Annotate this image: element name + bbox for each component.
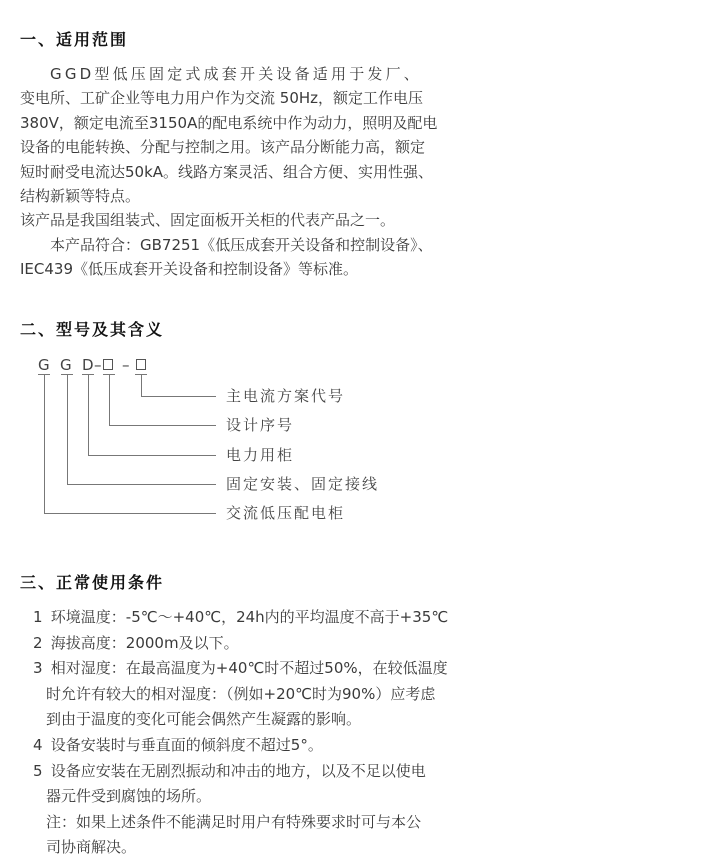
scope-line: 变电所、工矿企业等电力用户作为交流 50Hz，额定工作电压 xyxy=(20,86,460,110)
diagram-label-ac-lv-cabinet: 交流低压配电柜 xyxy=(226,504,345,522)
scope-line: 380V，额定电流至3150A的配电系统中作为动力，照明及配电 xyxy=(20,111,460,135)
section-heading-conditions: 三、正常使用条件 xyxy=(20,574,164,592)
model-char-d: D xyxy=(82,356,94,374)
diagram-label-fixed-install: 固定安装、固定接线 xyxy=(226,475,379,493)
diagram-connector xyxy=(44,513,216,514)
diagram-connector xyxy=(141,374,142,397)
scope-line: 短时耐受电流达50kA。线路方案灵活、组合方便、实用性强、 xyxy=(20,160,460,184)
diagram-label-power-cabinet: 电力用柜 xyxy=(226,446,294,464)
model-char-g2: G xyxy=(60,356,72,374)
model-dash-2: – xyxy=(122,356,130,374)
model-placeholder-box-2 xyxy=(136,359,146,370)
condition-item-3-cont: 到由于温度的变化可能会偶然产生凝露的影响。 xyxy=(33,707,473,733)
diagram-connector xyxy=(109,374,110,426)
diagram-label-design-serial: 设计序号 xyxy=(226,416,294,434)
diagram-connector xyxy=(67,484,216,485)
diagram-connector xyxy=(67,374,68,485)
conditions-note-cont: 司协商解决。 xyxy=(33,835,473,858)
condition-item-5-cont: 器元件受到腐蚀的场所。 xyxy=(33,784,473,810)
scope-line: 结构新颖等特点。 xyxy=(20,184,460,208)
conditions-list: 1 环境温度：-5℃～+40℃，24h内的平均温度不高于+35℃ 2 海拔高度：… xyxy=(33,605,473,858)
diagram-connector xyxy=(141,396,216,397)
diagram-connector xyxy=(44,374,45,514)
condition-item-5: 5 设备应安装在无剧烈振动和冲击的地方，以及不足以使电 xyxy=(33,759,473,785)
diagram-connector xyxy=(88,455,216,456)
condition-item-2: 2 海拔高度：2000m及以下。 xyxy=(33,631,473,657)
section-heading-model: 二、型号及其含义 xyxy=(20,321,164,339)
condition-item-3: 3 相对湿度：在最高温度为+40℃时不超过50%，在较低温度 xyxy=(33,656,473,682)
diagram-label-main-circuit-code: 主电流方案代号 xyxy=(226,387,345,405)
section-heading-scope: 一、适用范围 xyxy=(20,31,128,49)
scope-line: GGD型低压固定式成套开关设备适用于发厂、 xyxy=(20,62,460,86)
scope-paragraph: GGD型低压固定式成套开关设备适用于发厂、 变电所、工矿企业等电力用户作为交流 … xyxy=(20,62,460,282)
scope-line: 本产品符合：GB7251《低压成套开关设备和控制设备》、 xyxy=(20,233,460,257)
scope-line: 设备的电能转换、分配与控制之用。该产品分断能力高，额定 xyxy=(20,135,460,159)
conditions-note: 注：如果上述条件不能满足时用户有特殊要求时可与本公 xyxy=(33,810,473,836)
diagram-connector xyxy=(109,425,216,426)
condition-item-3-cont: 时允许有较大的相对湿度：（例如+20℃时为90%）应考虑 xyxy=(33,682,473,708)
model-dash-1: – xyxy=(94,356,102,374)
diagram-connector xyxy=(88,374,89,456)
model-placeholder-box-1 xyxy=(103,359,113,370)
condition-item-4: 4 设备安装时与垂直面的倾斜度不超过5°。 xyxy=(33,733,473,759)
model-char-g1: G xyxy=(38,356,50,374)
scope-line: IEC439《低压成套开关设备和控制设备》等标准。 xyxy=(20,257,460,281)
scope-line: 该产品是我国组装式、固定面板开关柜的代表产品之一。 xyxy=(20,208,460,232)
condition-item-1: 1 环境温度：-5℃～+40℃，24h内的平均温度不高于+35℃ xyxy=(33,605,473,631)
